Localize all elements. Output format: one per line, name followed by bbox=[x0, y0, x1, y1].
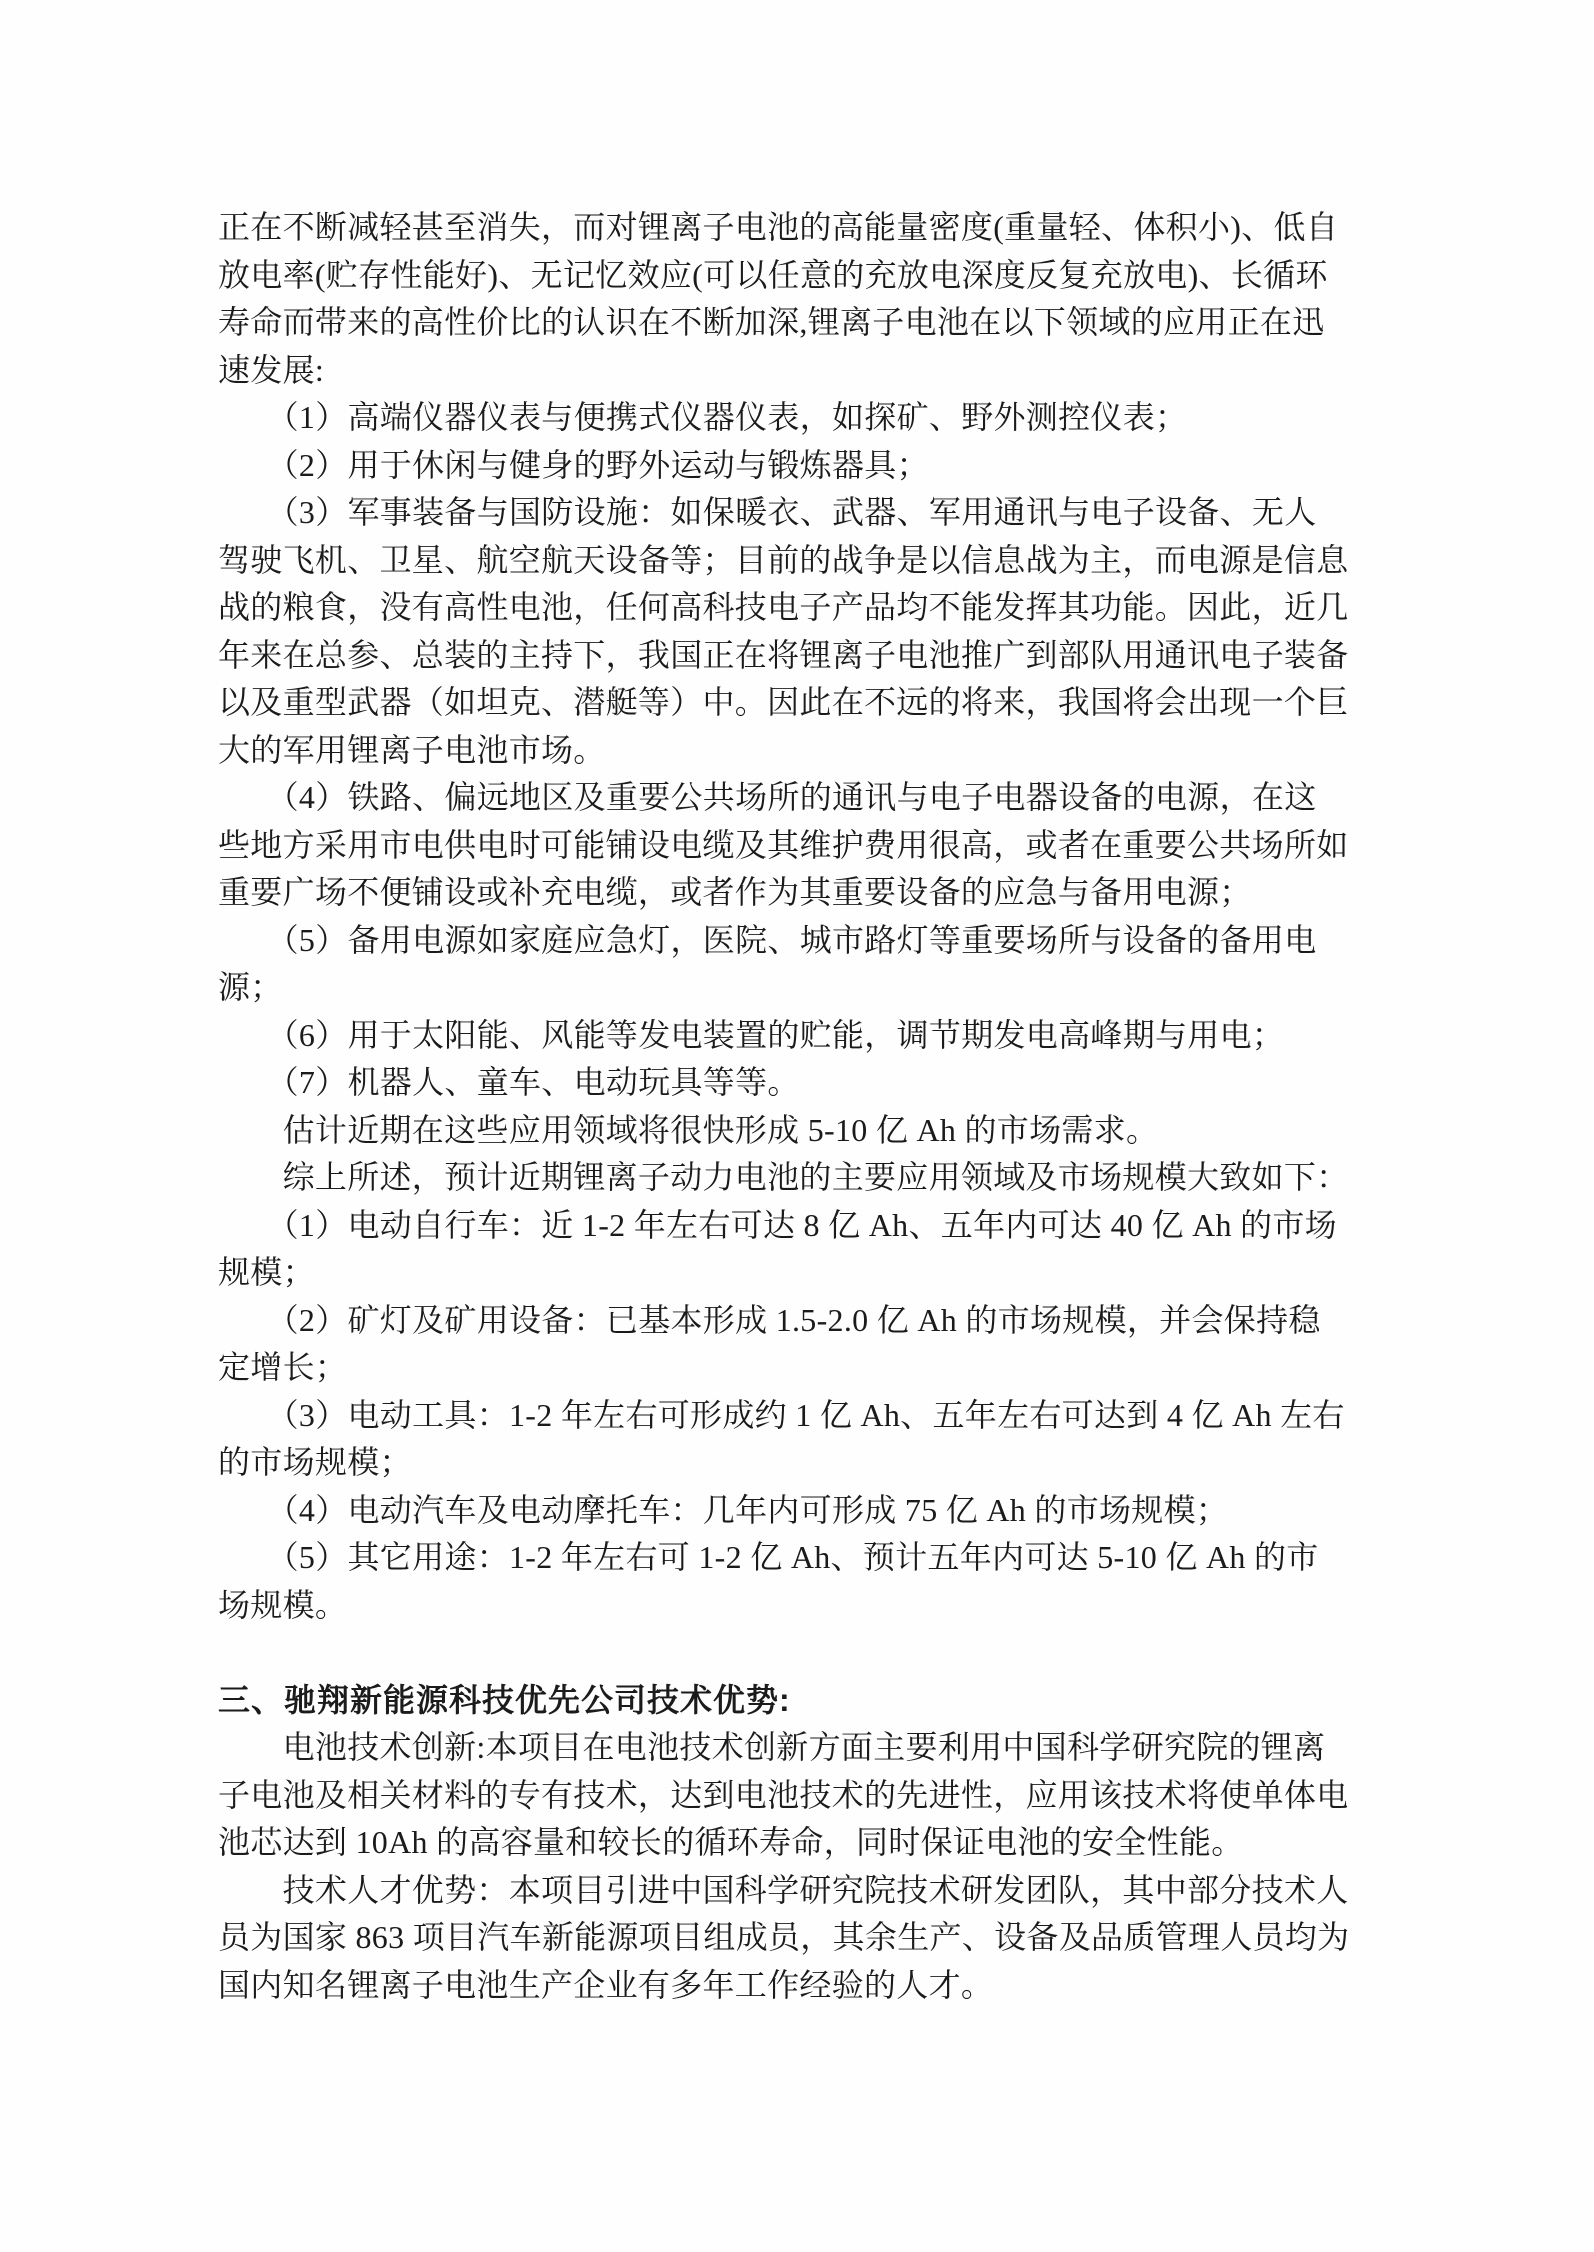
text-line: （4）电动汽车及电动摩托车：几年内可形成 75 亿 Ah 的市场规模； bbox=[218, 1487, 1358, 1535]
text-line: 年来在总参、总装的主持下，我国正在将锂离子电池推广到部队用通讯电子装备 bbox=[218, 632, 1358, 680]
text-line: 技术人才优势：本项目引进中国科学研究院技术研发团队，其中部分技术人 bbox=[218, 1867, 1358, 1915]
text-line: 定增长； bbox=[218, 1344, 1358, 1392]
text-line: （6）用于太阳能、风能等发电装置的贮能，调节期发电高峰期与用电； bbox=[218, 1012, 1358, 1060]
text-line: （7）机器人、童车、电动玩具等等。 bbox=[218, 1059, 1358, 1107]
text-line: 规模； bbox=[218, 1249, 1358, 1297]
text-line: 估计近期在这些应用领域将很快形成 5-10 亿 Ah 的市场需求。 bbox=[218, 1107, 1358, 1155]
text-line: 正在不断减轻甚至消失，而对锂离子电池的高能量密度(重量轻、体积小)、低自 bbox=[218, 204, 1358, 252]
text-line: 战的粮食，没有高性电池，任何高科技电子产品均不能发挥其功能。因此，近几 bbox=[218, 584, 1358, 632]
text-line: 大的军用锂离子电池市场。 bbox=[218, 727, 1358, 775]
text-line: （4）铁路、偏远地区及重要公共场所的通讯与电子电器设备的电源，在这 bbox=[218, 774, 1358, 822]
text-line: （1）高端仪器仪表与便携式仪器仪表，如探矿、野外测控仪表； bbox=[218, 394, 1358, 442]
text-line: 国内知名锂离子电池生产企业有多年工作经验的人才。 bbox=[218, 1962, 1358, 2010]
text-line: 的市场规模； bbox=[218, 1439, 1358, 1487]
section-heading: 三、驰翔新能源科技优先公司技术优势: bbox=[218, 1677, 1358, 1725]
text-line: （5）备用电源如家庭应急灯，医院、城市路灯等重要场所与设备的备用电 bbox=[218, 917, 1358, 965]
text-line: 池芯达到 10Ah 的高容量和较长的循环寿命，同时保证电池的安全性能。 bbox=[218, 1819, 1358, 1867]
text-line: 以及重型武器（如坦克、潜艇等）中。因此在不远的将来，我国将会出现一个巨 bbox=[218, 679, 1358, 727]
text-line: 寿命而带来的高性价比的认识在不断加深,锂离子电池在以下领域的应用正在迅 bbox=[218, 299, 1358, 347]
text-line: 子电池及相关材料的专有技术，达到电池技术的先进性，应用该技术将使单体电 bbox=[218, 1772, 1358, 1820]
text-line: 重要广场不便铺设或补充电缆，或者作为其重要设备的应急与备用电源； bbox=[218, 869, 1358, 917]
document-body: 正在不断减轻甚至消失，而对锂离子电池的高能量密度(重量轻、体积小)、低自放电率(… bbox=[218, 204, 1358, 2009]
text-line: 场规模。 bbox=[218, 1582, 1358, 1630]
text-line: 电池技术创新:本项目在电池技术创新方面主要利用中国科学研究院的锂离 bbox=[218, 1724, 1358, 1772]
text-line: 综上所述，预计近期锂离子动力电池的主要应用领域及市场规模大致如下： bbox=[218, 1154, 1358, 1202]
blank-line bbox=[218, 1629, 1358, 1677]
text-line: （3）电动工具：1-2 年左右可形成约 1 亿 Ah、五年左右可达到 4 亿 A… bbox=[218, 1392, 1358, 1440]
text-line: 员为国家 863 项目汽车新能源项目组成员，其余生产、设备及品质管理人员均为 bbox=[218, 1914, 1358, 1962]
text-line: 速发展: bbox=[218, 347, 1358, 395]
text-line: 放电率(贮存性能好)、无记忆效应(可以任意的充放电深度反复充放电)、长循环 bbox=[218, 252, 1358, 300]
text-line: （5）其它用途：1-2 年左右可 1-2 亿 Ah、预计五年内可达 5-10 亿… bbox=[218, 1534, 1358, 1582]
text-line: 些地方采用市电供电时可能铺设电缆及其维护费用很高，或者在重要公共场所如 bbox=[218, 822, 1358, 870]
text-line: （3）军事装备与国防设施：如保暖衣、武器、军用通讯与电子设备、无人 bbox=[218, 489, 1358, 537]
text-line: 源； bbox=[218, 964, 1358, 1012]
document-page: 正在不断减轻甚至消失，而对锂离子电池的高能量密度(重量轻、体积小)、低自放电率(… bbox=[0, 0, 1594, 2252]
text-line: （2）矿灯及矿用设备：已基本形成 1.5-2.0 亿 Ah 的市场规模，并会保持… bbox=[218, 1297, 1358, 1345]
text-line: （1）电动自行车：近 1-2 年左右可达 8 亿 Ah、五年内可达 40 亿 A… bbox=[218, 1202, 1358, 1250]
text-line: 驾驶飞机、卫星、航空航天设备等；目前的战争是以信息战为主，而电源是信息 bbox=[218, 537, 1358, 585]
text-line: （2）用于休闲与健身的野外运动与锻炼器具； bbox=[218, 442, 1358, 490]
